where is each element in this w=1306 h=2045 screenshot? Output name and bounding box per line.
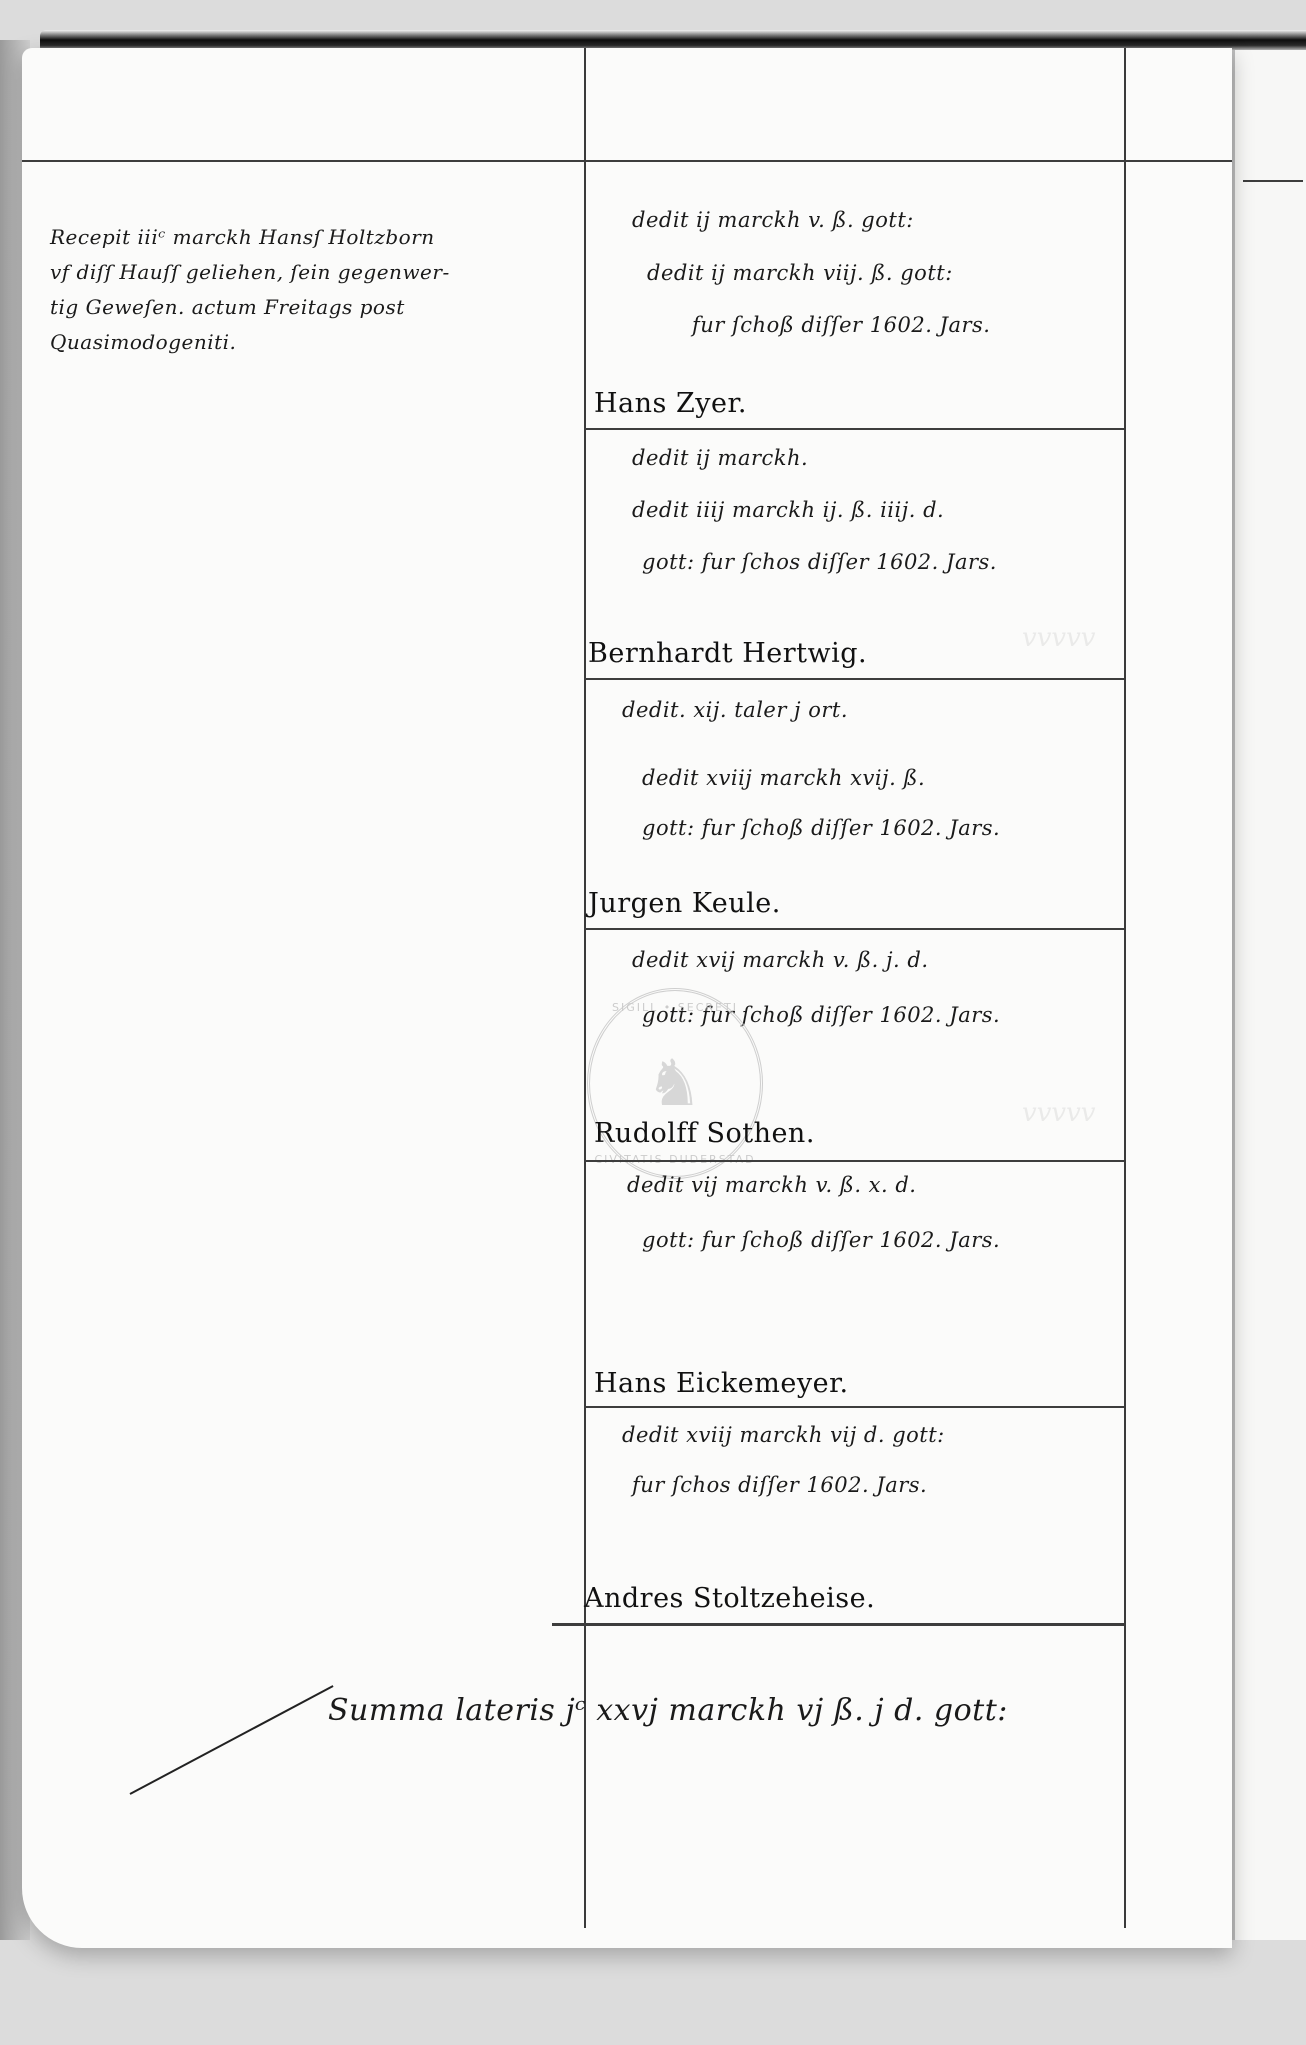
receipt-note-line: Quasimodogeniti.	[50, 325, 610, 360]
entry-line: fur ſchoß diſſer 1602. Jars.	[692, 313, 990, 337]
entry-rule	[584, 1160, 1124, 1162]
receipt-note-line: vf diſſ Hauſſ geliehen, ſein gegenwer-	[50, 255, 610, 290]
entry-line: dedit vij marckh v. ß. x. d.	[627, 1173, 916, 1197]
entry-rule	[584, 928, 1124, 930]
entry-line: dedit ij marckh.	[632, 446, 808, 470]
city-seal-stamp: SIGILL • SECRETI ♞ CIVITATIS DUDERSTAD	[587, 988, 763, 1179]
entry-rule	[552, 1623, 1124, 1626]
entry-line: dedit. xij. taler j ort.	[622, 698, 848, 722]
bleed-through-text: vvvvv	[1022, 623, 1095, 653]
receipt-note-line: Recepit iiiᶜ marckh Hansſ Holtzborn	[50, 220, 610, 255]
column-rule-right	[1124, 48, 1126, 1928]
taxpayer-name: Hans Eickemeyer.	[594, 1368, 849, 1399]
entry-line: dedit iiij marckh ij. ß. iiij. d.	[632, 498, 944, 522]
next-page-rule	[1243, 180, 1303, 182]
entry-line: gott: fur ſchoß diſſer 1602. Jars.	[642, 1228, 1000, 1252]
entry-rule	[584, 428, 1124, 430]
taxpayer-name: Hans Zyer.	[594, 388, 747, 419]
taxpayer-name: Jurgen Keule.	[588, 888, 781, 919]
summa-flourish	[130, 1685, 334, 1795]
seal-text-top: SIGILL • SECRETI	[590, 1001, 760, 1014]
bleed-through-text: vvvvv	[1022, 1098, 1095, 1128]
entry-line: gott: fur ſchoß diſſer 1602. Jars.	[642, 816, 1000, 840]
entry-line: dedit xviij marckh xvij. ß.	[642, 766, 925, 790]
entry-line: dedit ij marckh viij. ß. gott:	[647, 261, 953, 285]
next-page-edge	[1232, 50, 1306, 1940]
summa-lateris: Summa lateris jᶜ xxvj marckh vj ß. j d. …	[328, 1693, 1008, 1728]
entry-line: dedit xvij marckh v. ß. j. d.	[632, 948, 929, 972]
entry-rule	[584, 1406, 1124, 1408]
taxpayer-name: Andres Stoltzeheise.	[584, 1583, 875, 1614]
entry-line: fur ſchos diſſer 1602. Jars.	[632, 1473, 927, 1497]
receipt-note-line: tig Geweſen. actum Freitags post	[50, 290, 610, 325]
taxpayer-name: Bernhardt Hertwig.	[588, 638, 867, 669]
entry-rule	[584, 678, 1124, 680]
entry-line: gott: fur ſchos diſſer 1602. Jars.	[642, 550, 997, 574]
taxpayer-name: Rudolff Sothen.	[594, 1118, 815, 1149]
lion-emblem-icon: ♞	[645, 1052, 704, 1116]
entry-line: dedit ij marckh v. ß. gott:	[632, 208, 914, 232]
entry-line: dedit xviij marckh vij d. gott:	[622, 1423, 945, 1447]
header-rule	[22, 160, 1232, 162]
receipt-note: Recepit iiiᶜ marckh Hansſ Holtzborn vf d…	[50, 220, 610, 360]
ledger-page: vvvvv vvvvv Recepit iiiᶜ marckh Hansſ Ho…	[22, 48, 1232, 1948]
